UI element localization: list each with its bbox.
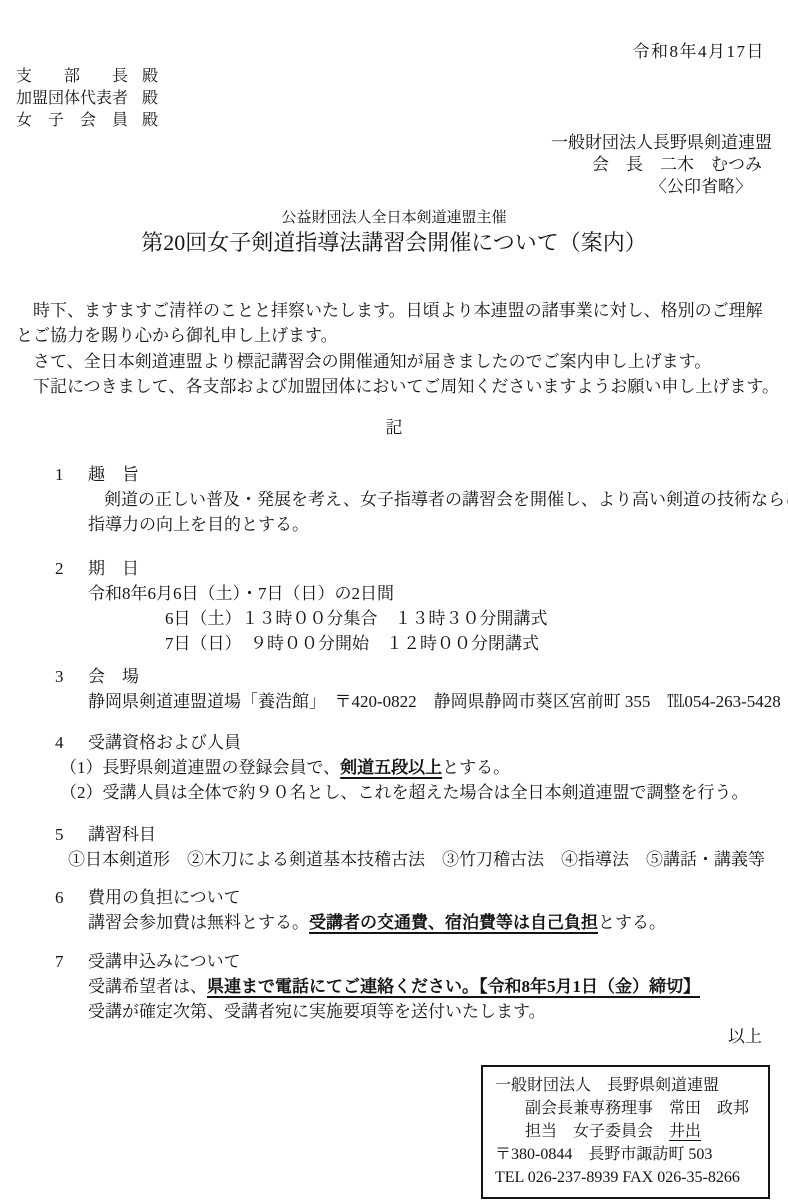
section-4-item-2: （2）受講人員は全体で約９０名とし、これを超えた場合は全日本剣道連盟で調整を行う… [60, 780, 772, 805]
document-page: 令和8年4月17日 支部長殿 加盟団体代表者殿 女子会員殿 一般財団法人長野県剣… [0, 0, 788, 1200]
section-3-line-1: 静岡県剣道連盟道場「養浩館」 〒420-0822 静岡県静岡市葵区宮前町 355… [88, 689, 772, 714]
greeting-paragraph-2: さて、全日本剣道連盟より標記講習会の開催通知が届きましたのでご案内申し上げます。 [16, 349, 772, 374]
section-6-costs: 6費用の負担について 講習会参加費は無料とする。受講者の交通費、宿泊費等は自己負… [16, 885, 772, 935]
section-1-line-1: 剣道の正しい普及・発展を考え、女子指導者の講習会を開催し、より高い剣道の技術なら… [88, 487, 772, 512]
section-number: 3 [55, 664, 88, 689]
section-6-line-1: 講習会参加費は無料とする。受講者の交通費、宿泊費等は自己負担とする。 [88, 910, 772, 935]
recipient-line: 加盟団体代表者殿 [16, 88, 772, 110]
recipient-name: 女子会員 [16, 110, 128, 132]
document-subtitle: 公益財団法人全日本剣道連盟主催 [16, 208, 772, 228]
section-7-line-2: 受講が確定次第、受講者宛に実施要項等を送付いたします。 [88, 999, 772, 1024]
section-2-dates: 2期 日 令和8年6月6日（土）・7日（日）の2日間 6日（土）１３時００分集合… [16, 556, 772, 656]
item-emphasis-deadline: 県連まで電話にてご連絡ください。【令和8年5月1日（金）締切】 [207, 977, 700, 996]
closing-marker: 以上 [16, 1024, 772, 1049]
section-number: 5 [55, 822, 88, 847]
contact-person: 担当 女子委員会 井出 [495, 1120, 758, 1143]
contact-organization: 一般財団法人 長野県剣道連盟 [495, 1074, 758, 1097]
document-date: 令和8年4月17日 [16, 42, 772, 62]
section-4-eligibility: 4受講資格および人員 （1）長野県剣道連盟の登録会員で、剣道五段以上とする。 （… [16, 730, 772, 805]
item-emphasis: 剣道五段以上 [340, 758, 442, 777]
section-number: 6 [55, 885, 88, 910]
section-2-line-3: 7日（日） ９時００分開始 １２時００分閉講式 [165, 631, 772, 656]
section-7-line-1: 受講希望者は、県連まで電話にてご連絡ください。【令和8年5月1日（金）締切】 [88, 974, 772, 999]
section-6-heading: 6費用の負担について [55, 885, 772, 910]
section-title: 趣 旨 [88, 465, 139, 484]
recipient-list: 支部長殿 加盟団体代表者殿 女子会員殿 [16, 66, 772, 132]
recipient-line: 支部長殿 [16, 66, 772, 88]
section-3-venue: 3会 場 静岡県剣道連盟道場「養浩館」 〒420-0822 静岡県静岡市葵区宮前… [16, 664, 772, 714]
record-marker: 記 [16, 419, 772, 437]
contact-address: 〒380-0844 長野市諏訪町 503 [495, 1143, 758, 1166]
greeting-paragraph-3: 下記につきまして、各支部および加盟団体においてご周知くださいますようお願い申し上… [16, 374, 772, 399]
title-block: 公益財団法人全日本剣道連盟主催 第20回女子剣道指導法講習会開催について（案内） [16, 208, 772, 258]
contact-person-name: 井出 [669, 1123, 701, 1140]
item-text: とする。 [442, 758, 510, 777]
contact-vice-president: 副会長兼専務理事 常田 政邦 [495, 1097, 758, 1120]
section-number: 2 [55, 556, 88, 581]
section-2-heading: 2期 日 [55, 556, 772, 581]
section-1-heading: 1趣 旨 [55, 462, 772, 487]
section-title: 費用の負担について [88, 888, 241, 907]
section-title: 受講資格および人員 [88, 733, 241, 752]
section-number: 1 [55, 462, 88, 487]
document-title: 第20回女子剣道指導法講習会開催について（案内） [16, 228, 772, 258]
recipient-line: 女子会員殿 [16, 110, 772, 132]
item-emphasis: 受講者の交通費、宿泊費等は自己負担 [309, 913, 598, 932]
item-text: （1）長野県剣道連盟の登録会員で、 [60, 758, 340, 777]
recipient-honorific: 殿 [142, 112, 158, 129]
contact-box: 一般財団法人 長野県剣道連盟 副会長兼専務理事 常田 政邦 担当 女子委員会 井… [481, 1065, 770, 1199]
seal-omitted-note: 〈公印省略〉 [16, 176, 772, 198]
sender-president: 会 長 二木 むつみ [16, 154, 772, 176]
section-number: 7 [55, 949, 88, 974]
sender-block: 一般財団法人長野県剣道連盟 会 長 二木 むつみ 〈公印省略〉 [16, 132, 772, 198]
greeting-body: 時下、ますますご清祥のことと拝察いたします。日頃より本連盟の諸事業に対し、格別の… [16, 298, 772, 399]
section-4-item-1: （1）長野県剣道連盟の登録会員で、剣道五段以上とする。 [60, 755, 772, 780]
section-7-application: 7受講申込みについて 受講希望者は、県連まで電話にてご連絡ください。【令和8年5… [16, 949, 772, 1024]
section-5-subjects: 5講習科目 ①日本剣道形 ②木刀による剣道基本技稽古法 ③竹刀稽古法 ④指導法 … [16, 822, 772, 872]
contact-tel-fax: TEL 026-237-8939 FAX 026-35-8266 [495, 1166, 758, 1189]
greeting-paragraph-1: 時下、ますますご清祥のことと拝察いたします。日頃より本連盟の諸事業に対し、格別の… [16, 298, 772, 349]
section-title: 会 場 [88, 667, 139, 686]
recipient-honorific: 殿 [142, 68, 158, 85]
section-title: 期 日 [88, 559, 139, 578]
section-5-heading: 5講習科目 [55, 822, 772, 847]
section-1-purpose: 1趣 旨 剣道の正しい普及・発展を考え、女子指導者の講習会を開催し、より高い剣道… [16, 462, 772, 537]
section-4-heading: 4受講資格および人員 [55, 730, 772, 755]
contact-person-role: 担当 女子委員会 [525, 1123, 669, 1140]
section-2-line-1: 令和8年6月6日（土）・7日（日）の2日間 [88, 581, 772, 606]
item-text: とする。 [598, 913, 666, 932]
item-text: 受講希望者は、 [88, 977, 207, 996]
section-title: 受講申込みについて [88, 952, 241, 971]
recipient-name: 加盟団体代表者 [16, 88, 128, 110]
sender-organization: 一般財団法人長野県剣道連盟 [16, 132, 772, 154]
recipient-name: 支部長 [16, 66, 128, 88]
section-7-heading: 7受講申込みについて [55, 949, 772, 974]
section-title: 講習科目 [88, 825, 156, 844]
recipient-honorific: 殿 [142, 90, 158, 107]
section-3-heading: 3会 場 [55, 664, 772, 689]
section-5-line-1: ①日本剣道形 ②木刀による剣道基本技稽古法 ③竹刀稽古法 ④指導法 ⑤講話・講義… [68, 847, 772, 872]
section-2-line-2: 6日（土）１３時００分集合 １３時３０分開講式 [165, 606, 772, 631]
section-number: 4 [55, 730, 88, 755]
item-text: 講習会参加費は無料とする。 [88, 913, 309, 932]
section-1-line-2: 指導力の向上を目的とする。 [88, 512, 772, 537]
